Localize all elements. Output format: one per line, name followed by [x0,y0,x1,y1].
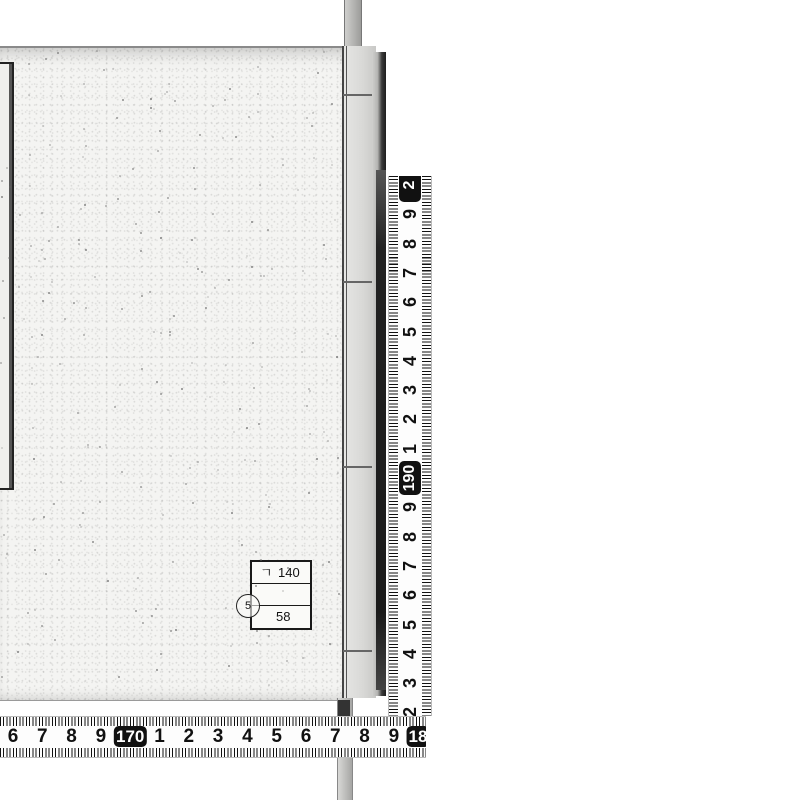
ruler-label: 3 [399,378,421,402]
vertical-ruler: 298765432119098765432 [388,176,432,716]
ruler-label: 5 [399,320,421,344]
ruler-label: 3 [213,726,224,747]
ruler-label: 8 [66,726,77,747]
book-spine [342,46,376,698]
ruler-ticks [0,717,426,726]
binding-stitch [343,466,373,468]
binding-stitch [343,281,373,283]
ruler-label: 6 [399,583,421,607]
catalog-number: 140 [278,562,300,583]
ruler-label: 2 [184,726,195,747]
ruler-ticks [0,748,426,757]
ruler-label: 7 [37,726,48,747]
ruler-label: 2 [399,407,421,431]
ruler-label: 3 [399,671,421,695]
holder-clip [338,700,350,716]
ruler-label: 5 [271,726,282,747]
book-holder-top [344,0,362,50]
ruler-label: 9 [96,726,107,747]
catalog-mark: ㄱ [260,562,273,583]
ruler-label: 18 [407,726,426,747]
ruler-ticks [422,176,431,716]
ruler-label: 2 [399,700,421,716]
ruler-label: 8 [359,726,370,747]
ruler-label: 4 [399,349,421,373]
ruler-label: 7 [399,554,421,578]
catalog-label-row-3: 58 [252,606,310,627]
binding-stitch [343,650,373,652]
catalog-label-row-2 [252,584,310,606]
spine-fold-line [346,46,347,698]
ruler-label: 170 [114,726,146,747]
ruler-label: 1 [154,726,165,747]
ruler-label: 6 [8,726,19,747]
seal-stamp: 5 [236,594,260,618]
ruler-label: 8 [399,232,421,256]
page-block-shadow [376,170,386,690]
ruler-label: 7 [399,261,421,285]
volume-number: 58 [276,606,290,627]
title-slip-frame [0,62,14,490]
ruler-label: 9 [399,202,421,226]
ruler-label: 190 [399,461,421,495]
catalog-label: ㄱ 140 58 [250,560,312,630]
ruler-label: 8 [399,525,421,549]
ruler-label: 4 [242,726,253,747]
binding-stitch [343,94,373,96]
ruler-label: 6 [399,290,421,314]
ruler-label: 4 [399,642,421,666]
ruler-ticks [389,176,398,716]
ruler-label: 9 [399,495,421,519]
ruler-label: 7 [330,726,341,747]
ruler-label: 5 [399,613,421,637]
catalog-label-row-1: ㄱ 140 [252,562,310,584]
horizontal-ruler: 678917012345678918 [0,716,426,758]
ruler-label: 2 [399,176,421,202]
ruler-label: 6 [301,726,312,747]
ruler-label: 1 [399,437,421,461]
ruler-label: 9 [389,726,400,747]
